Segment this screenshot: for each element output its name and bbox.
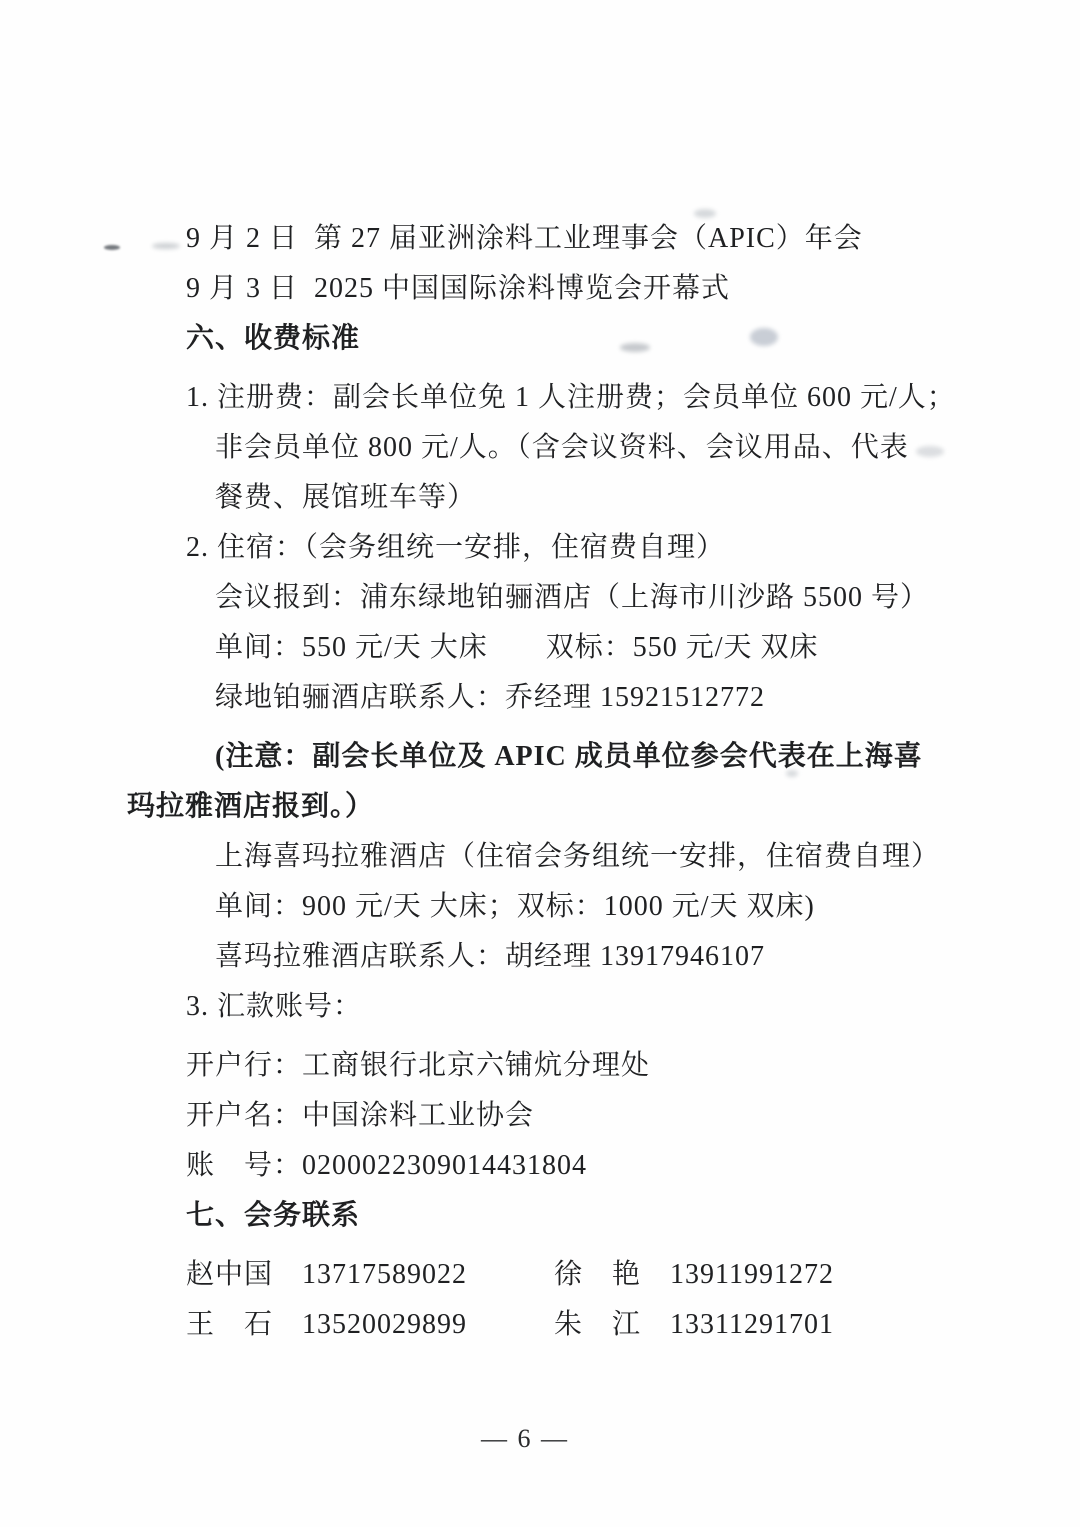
doc-line: 2. 住宿：（会务组统一安排，住宿费自理）: [186, 523, 1080, 573]
doc-line: 单间：550 元/天 大床 双标：550 元/天 双床: [215, 623, 1080, 673]
scan-noise-dash: [104, 245, 120, 250]
scan-noise-smudge: [916, 446, 944, 457]
doc-line: 会议报到：浦东绿地铂骊酒店（上海市川沙路 5500 号）: [215, 573, 1080, 623]
document-page: 9 月 2 日 第 27 届亚洲涂料工业理事会（APIC）年会9 月 3 日 2…: [0, 0, 1080, 1527]
doc-line: 开户名：中国涂料工业协会: [186, 1091, 1080, 1141]
scan-noise-smudge: [694, 209, 716, 218]
doc-line: 王 石 13520029899 朱 江 13311291701: [186, 1300, 1080, 1350]
doc-line: 绿地铂骊酒店联系人：乔经理 15921512772: [215, 673, 1080, 723]
doc-line: 餐费、展馆班车等）: [215, 473, 1080, 523]
scan-noise-smudge: [750, 328, 778, 346]
page-number: — 6 —: [0, 1424, 1050, 1454]
doc-line: (注意：副会长单位及 APIC 成员单位参会代表在上海喜: [215, 732, 1080, 782]
doc-line: 非会员单位 800 元/人。（含会议资料、会议用品、代表: [215, 423, 1080, 473]
doc-line: 赵中国 13717589022 徐 艳 13911991272: [186, 1250, 1080, 1300]
doc-line: 六、收费标准: [186, 314, 1080, 364]
doc-line: 喜玛拉雅酒店联系人：胡经理 13917946107: [215, 932, 1080, 982]
doc-line: 账 号：0200022309014431804: [186, 1141, 1080, 1191]
doc-line: 1. 注册费：副会长单位免 1 人注册费；会员单位 600 元/人；: [186, 373, 1080, 423]
scan-noise-smudge: [152, 243, 180, 249]
doc-line: 9 月 3 日 2025 中国国际涂料博览会开幕式: [186, 264, 1080, 314]
doc-line: 玛拉雅酒店报到。）: [127, 782, 1080, 832]
doc-line: 单间：900 元/天 大床；双标：1000 元/天 双床): [215, 882, 1080, 932]
scan-noise-smudge: [620, 343, 650, 352]
document-body: 9 月 2 日 第 27 届亚洲涂料工业理事会（APIC）年会9 月 3 日 2…: [0, 214, 1080, 1350]
doc-line: 上海喜玛拉雅酒店（住宿会务组统一安排，住宿费自理）: [215, 832, 1080, 882]
doc-line: 七、会务联系: [186, 1191, 1080, 1241]
doc-line: 3. 汇款账号：: [186, 982, 1080, 1032]
doc-line: 9 月 2 日 第 27 届亚洲涂料工业理事会（APIC）年会: [186, 214, 1080, 264]
scan-noise-smudge: [786, 770, 798, 777]
doc-line: 开户行：工商银行北京六铺炕分理处: [186, 1041, 1080, 1091]
